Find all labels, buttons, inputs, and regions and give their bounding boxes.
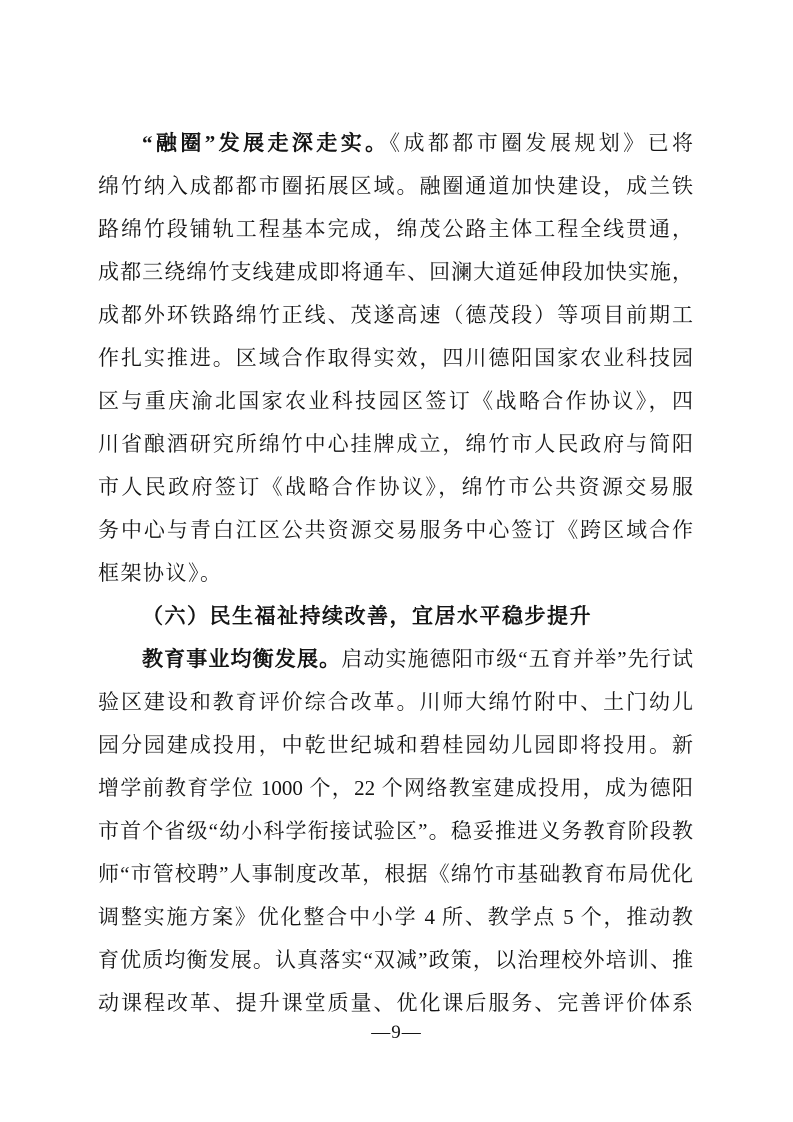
paragraph2-line-7: 调整实施方案》优化整合中小学 4 所、教学点 5 个，推动教 <box>98 896 693 939</box>
document-page: “融圈”发展走深走实。《成都都市圈发展规划》已将 绵竹纳入成都都市圈拓展区域。融… <box>0 0 793 1122</box>
paragraph2-line-3: 园分园建成投用，中乾世纪城和碧桂园幼儿园即将投用。新 <box>98 724 693 767</box>
paragraph2-line-1: 教育事业均衡发展。启动实施德阳市级“五育并举”先行试 <box>98 638 693 681</box>
paragraph1-line-9: 市人民政府签订《战略合作协议》，绵竹市公共资源交易服 <box>98 466 693 509</box>
paragraph1-lead-bold: “融圈”发展走深走实。 <box>142 131 390 155</box>
paragraph2-line-9: 动课程改革、提升课堂质量、优化课后服务、完善评价体系 <box>98 982 693 1025</box>
paragraph1-line-3: 路绵竹段铺轨工程基本完成，绵茂公路主体工程全线贯通， <box>98 208 693 251</box>
paragraph2-lead-bold: 教育事业均衡发展。 <box>142 647 341 671</box>
paragraph1-line-4: 成都三绕绵竹支线建成即将通车、回澜大道延伸段加快实施， <box>98 251 693 294</box>
paragraph1-line-1-text: 《成都都市圈发展规划》已将 <box>390 131 693 155</box>
paragraph1-line-7: 区与重庆渝北国家农业科技园区签订《战略合作协议》，四 <box>98 380 693 423</box>
paragraph1-line-8: 川省酿酒研究所绵竹中心挂牌成立，绵竹市人民政府与简阳 <box>98 423 693 466</box>
paragraph1-line-10: 务中心与青白江区公共资源交易服务中心签订《跨区域合作 <box>98 509 693 552</box>
paragraph2-line-6: 师“市管校聘”人事制度改革，根据《绵竹市基础教育布局优化 <box>98 853 693 896</box>
paragraph2-line-2: 验区建设和教育评价综合改革。川师大绵竹附中、土门幼儿 <box>98 681 693 724</box>
paragraph2-line-5: 市首个省级“幼小科学衔接试验区”。稳妥推进义务教育阶段教 <box>98 810 693 853</box>
paragraph1-line-6: 作扎实推进。区域合作取得实效，四川德阳国家农业科技园 <box>98 337 693 380</box>
document-body: “融圈”发展走深走实。《成都都市圈发展规划》已将 绵竹纳入成都都市圈拓展区域。融… <box>98 122 693 1025</box>
paragraph1-line-11: 框架协议》。 <box>98 552 693 595</box>
page-number: —9— <box>0 1022 793 1044</box>
paragraph1-line-1: “融圈”发展走深走实。《成都都市圈发展规划》已将 <box>98 122 693 165</box>
paragraph1-line-5: 成都外环铁路绵竹正线、茂遂高速（德茂段）等项目前期工 <box>98 294 693 337</box>
section-heading-6: （六）民生福祉持续改善，宜居水平稳步提升 <box>98 595 693 638</box>
paragraph2-line-8: 育优质均衡发展。认真落实“双减”政策，以治理校外培训、推 <box>98 939 693 982</box>
paragraph2-line-4: 增学前教育学位 1000 个，22 个网络教室建成投用，成为德阳 <box>98 767 693 810</box>
paragraph2-line-1-text: 启动实施德阳市级“五育并举”先行试 <box>341 647 693 671</box>
paragraph1-line-2: 绵竹纳入成都都市圈拓展区域。融圈通道加快建设，成兰铁 <box>98 165 693 208</box>
